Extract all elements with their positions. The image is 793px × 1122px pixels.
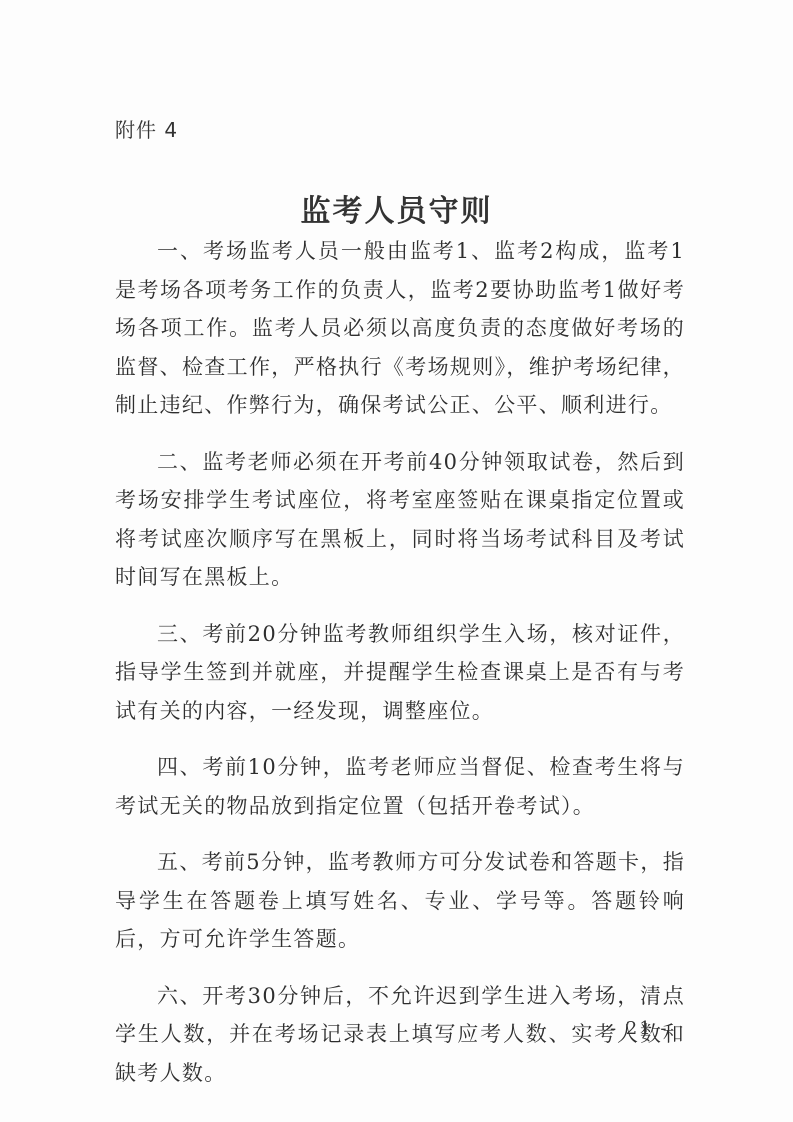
document-body: 一、考场监考人员一般由监考1、监考2构成，监考1是考场各项考务工作的负责人，监考…: [115, 232, 685, 1110]
paragraph-1: 一、考场监考人员一般由监考1、监考2构成，监考1是考场各项考务工作的负责人，监考…: [115, 232, 685, 425]
document-page: 附件 4 监考人员守则 一、考场监考人员一般由监考1、监考2构成，监考1是考场各…: [0, 0, 793, 1122]
paragraph-2: 二、监考老师必须在开考前40分钟领取试卷，然后到考场安排学生考试座位，将考室座签…: [115, 443, 685, 597]
paragraph-5: 五、考前5分钟，监考教师方可分发试卷和答题卡，指导学生在答题卷上填写姓名、专业、…: [115, 843, 685, 959]
paragraph-4: 四、考前10分钟，监考老师应当督促、检查考生将与考试无关的物品放到指定位置（包括…: [115, 748, 685, 825]
page-number: - 21 -: [610, 1018, 669, 1039]
attachment-label: 附件 4: [115, 114, 178, 143]
paragraph-3: 三、考前20分钟监考教师组织学生入场，核对证件，指导学生签到并就座，并提醒学生检…: [115, 615, 685, 731]
paragraph-6: 六、开考30分钟后，不允许迟到学生进入考场，清点学生人数，并在考场记录表上填写应…: [115, 977, 685, 1093]
document-title: 监考人员守则: [0, 186, 793, 230]
